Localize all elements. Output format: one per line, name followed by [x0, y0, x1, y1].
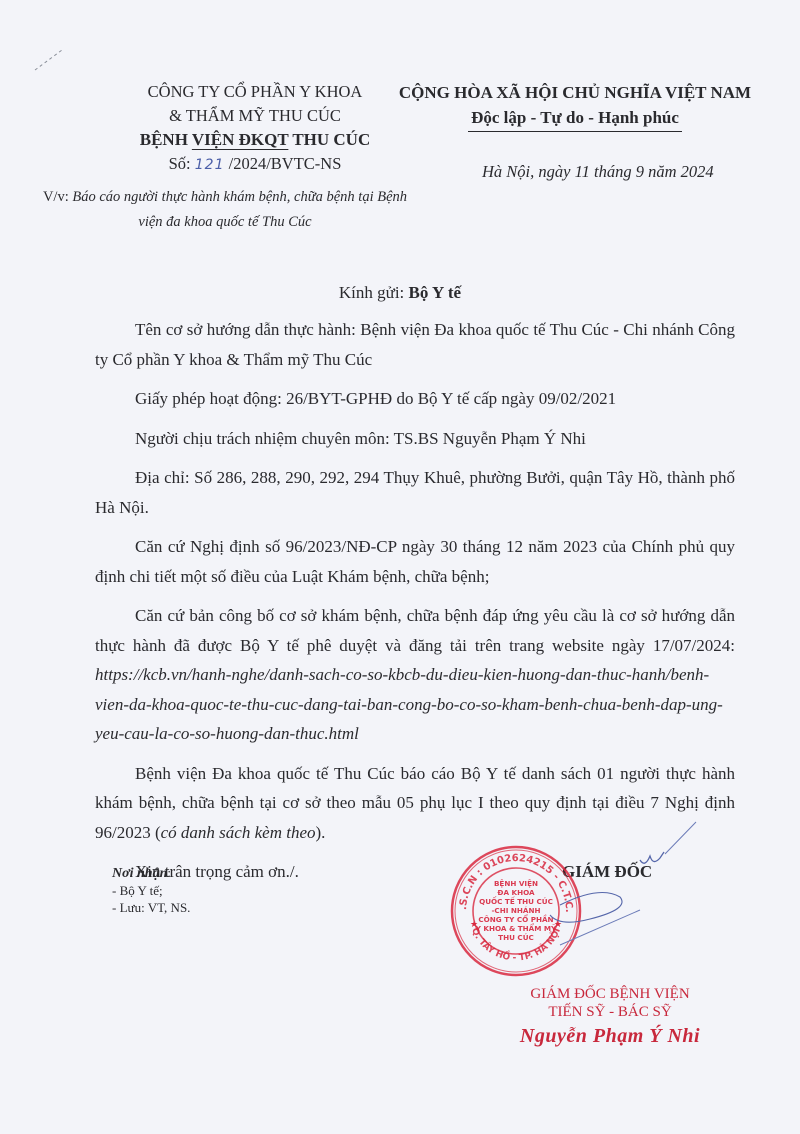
official-seal-icon: M.S.C.N : 0102624215 - C.T.C.P Q. TÂY HỒ… [448, 843, 584, 979]
number-label: Số: [169, 154, 195, 173]
national-header: CỘNG HÒA XÃ HỘI CHỦ NGHĨA VIỆT NAM Độc l… [375, 80, 775, 132]
svg-text:THU CÚC: THU CÚC [498, 933, 534, 942]
salutation-recipient: Bộ Y tế [409, 283, 462, 302]
place-date: Hà Nội, ngày 11 tháng 9 năm 2024 [482, 162, 714, 182]
announcement-text: Căn cứ bản công bố cơ sở khám bệnh, chữa… [95, 606, 735, 655]
recipients-block: Nơi nhận: - Bộ Y tế; - Lưu: VT, NS. [112, 864, 190, 916]
issuer-header: CÔNG TY CỔ PHẦN Y KHOA & THẨM MỸ THU CÚC… [90, 80, 420, 177]
document-number: Số: 121 /2024/BVTC-NS [90, 152, 420, 177]
subject-line: V/v: Báo cáo người thực hành khám bệnh, … [40, 185, 410, 235]
hospital-name-suffix: THU CÚC [288, 130, 370, 149]
salutation-label: Kính gửi: [339, 283, 409, 302]
subject-label: V/v: [43, 189, 72, 205]
recipient-item: - Lưu: VT, NS. [112, 899, 190, 916]
facility-paragraph: Tên cơ sở hướng dẫn thực hành: Bệnh viện… [95, 315, 735, 374]
recipient-item: - Bộ Y tế; [112, 882, 190, 899]
license-paragraph: Giấy phép hoạt động: 26/BYT-GPHĐ do Bộ Y… [95, 384, 735, 414]
svg-text:-CHI NHÁNH: -CHI NHÁNH [491, 906, 540, 915]
handwritten-number: 121 [195, 157, 225, 173]
company-name-line2: & THẨM MỸ THU CÚC [90, 104, 420, 128]
svg-text:CÔNG TY CỔ PHẦN: CÔNG TY CỔ PHẦN [478, 914, 553, 924]
svg-text:ĐA KHOA: ĐA KHOA [497, 888, 535, 897]
report-italic-text: có danh sách kèm theo [161, 823, 316, 842]
hospital-name: BỆNH VIỆN ĐKQT THU CÚC [90, 128, 420, 152]
number-suffix: /2024/BVTC-NS [224, 154, 341, 173]
subject-text: Báo cáo người thực hành khám bệnh, chữa … [72, 189, 407, 230]
nation-name: CỘNG HÒA XÃ HỘI CHỦ NGHĨA VIỆT NAM [375, 80, 775, 105]
official-letter: CÔNG TY CỔ PHẦN Y KHOA & THẨM MỸ THU CÚC… [0, 0, 800, 1134]
svg-text:BỆNH VIỆN: BỆNH VIỆN [494, 879, 538, 888]
recipients-title: Nơi nhận [112, 866, 167, 881]
report-end: ). [315, 823, 325, 842]
recipients-title-colon: : [167, 865, 171, 880]
address-paragraph: Địa chỉ: Số 286, 288, 290, 292, 294 Thụy… [95, 463, 735, 522]
company-name-line1: CÔNG TY CỔ PHẦN Y KHOA [90, 80, 420, 104]
national-motto: Độc lập - Tự do - Hạnh phúc [468, 105, 682, 132]
report-paragraph: Bệnh viện Đa khoa quốc tế Thu Cúc báo cá… [95, 759, 735, 848]
svg-text:Y KHOA & THẨM MỸ: Y KHOA & THẨM MỸ [475, 923, 557, 933]
svg-text:QUỐC TẾ THU CÚC: QUỐC TẾ THU CÚC [479, 896, 553, 906]
signatory-degree: TIẾN SỸ - BÁC SỸ [510, 1003, 710, 1021]
salutation: Kính gửi: Bộ Y tế [0, 283, 800, 303]
announcement-link[interactable]: https://kcb.vn/hanh-nghe/danh-sach-co-so… [95, 665, 723, 743]
hospital-name-prefix: BỆNH [140, 130, 192, 149]
letter-body: Tên cơ sở hướng dẫn thực hành: Bệnh viện… [95, 315, 735, 897]
signatory-block: GIÁM ĐỐC BỆNH VIỆN TIẾN SỸ - BÁC SỸ Nguy… [510, 985, 710, 1045]
responsible-paragraph: Người chịu trách nhiệm chuyên môn: TS.BS… [95, 424, 735, 454]
hospital-name-underlined: VIỆN ĐKQT [192, 130, 289, 149]
announcement-paragraph: Căn cứ bản công bố cơ sở khám bệnh, chữa… [95, 601, 735, 749]
signatory-name: Nguyễn Phạm Ý Nhi [510, 1027, 710, 1045]
decree-paragraph: Căn cứ Nghị định số 96/2023/NĐ-CP ngày 3… [95, 532, 735, 591]
signatory-role: GIÁM ĐỐC BỆNH VIỆN [510, 985, 710, 1003]
